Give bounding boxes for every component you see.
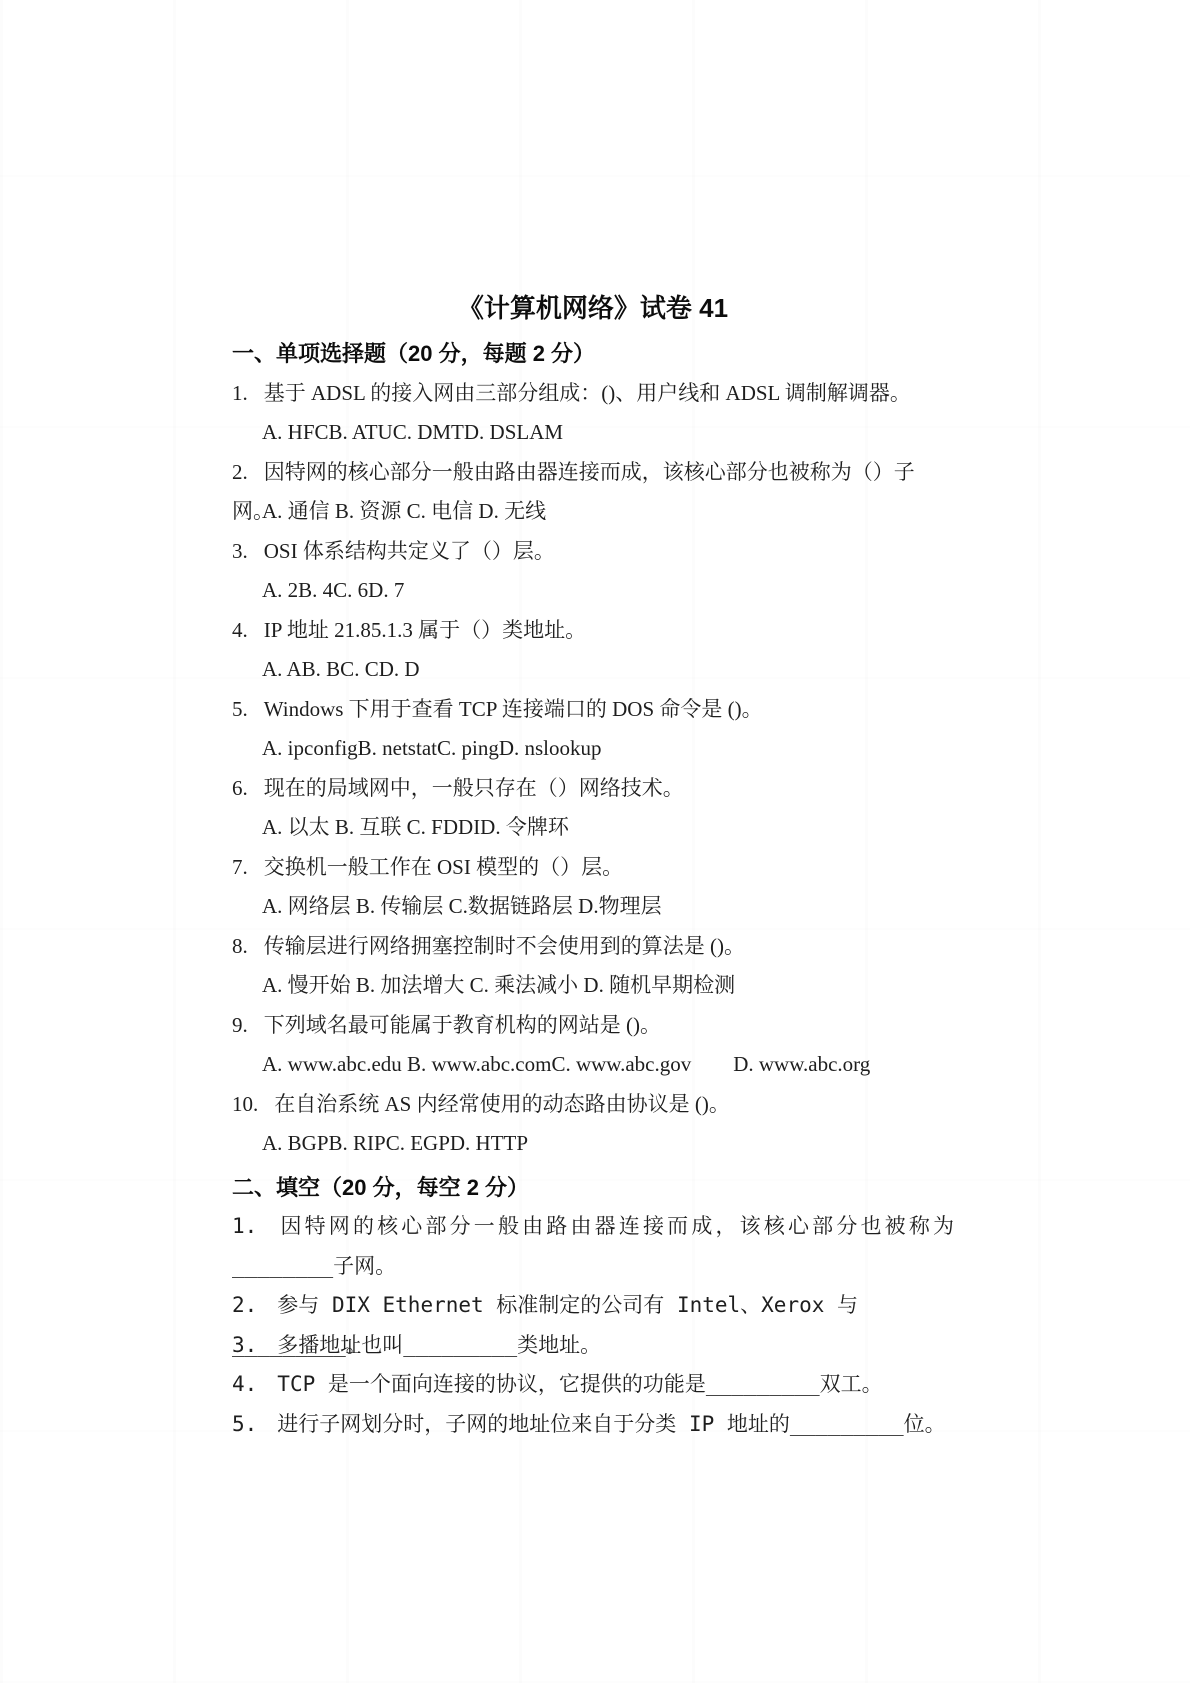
page-title: 《计算机网络》试卷 41 [232, 290, 954, 326]
question-number: 4. [232, 618, 248, 642]
question-stem: 交换机一般工作在 OSI 模型的（）层。 [264, 855, 623, 879]
question-options: A. 2B. 4C. 6D. 7 [232, 571, 954, 611]
question-options: A. ipconfigB. netstatC. pingD. nslookup [232, 729, 954, 769]
section-fill-heading: 二、填空（20 分，每空 2 分） [232, 1168, 954, 1208]
section-choice-heading: 一、单项选择题（20 分，每题 2 分） [232, 334, 954, 374]
question-row: 7.交换机一般工作在 OSI 模型的（）层。 [232, 848, 954, 888]
question-number: 1. [232, 381, 248, 405]
fill-item-row: 5.进行子网划分时，子网的地址位来自于分类 IP 地址的_________位。 [232, 1405, 954, 1445]
question-stem: 现在的局域网中，一般只存在（）网络技术。 [264, 776, 684, 800]
fill-blank-line: ________子网。 [232, 1247, 954, 1287]
question-row: 6.现在的局域网中，一般只存在（）网络技术。 [232, 769, 954, 809]
question-options: A. 以太 B. 互联 C. FDDID. 令牌环 [232, 808, 954, 848]
question-stem: 基于 ADSL 的接入网由三部分组成：()、用户线和 ADSL 调制解调器。 [264, 381, 911, 405]
question-row: 4.IP 地址 21.85.1.3 属于（）类地址。 [232, 611, 954, 651]
question-stem: 在自治系统 AS 内经常使用的动态路由协议是 ()。 [274, 1092, 730, 1116]
exam-page: 《计算机网络》试卷 41 一、单项选择题（20 分，每题 2 分） 1.基于 A… [0, 0, 1190, 1683]
fill-item-row: 4.TCP 是一个面向连接的协议，它提供的功能是_________双工。 [232, 1365, 954, 1405]
page-content: 《计算机网络》试卷 41 一、单项选择题（20 分，每题 2 分） 1.基于 A… [232, 0, 954, 1444]
fill-item-row: 2.参与 DIX Ethernet 标准制定的公司有 Intel、Xerox 与… [232, 1286, 954, 1326]
question-row: 8.传输层进行网络拥塞控制时不会使用到的算法是 ()。 [232, 927, 954, 967]
fill-item-text: TCP 是一个面向连接的协议，它提供的功能是_________双工。 [277, 1372, 882, 1396]
question-options: A. 慢开始 B. 加法增大 C. 乘法减小 D. 随机早期检测 [232, 966, 954, 1006]
fill-item-number: 1. [232, 1214, 257, 1238]
fill-item-number: 4. [232, 1372, 257, 1396]
question-number: 5. [232, 697, 248, 721]
question-row: 5.Windows 下用于查看 TCP 连接端口的 DOS 命令是 ()。 [232, 690, 954, 730]
question-number: 10. [232, 1092, 258, 1116]
question-number: 9. [232, 1013, 248, 1037]
fill-item-text: 因特网的核心部分一般由路由器连接而成，该核心部分也被称为 [277, 1214, 954, 1238]
fill-item-text: 进行子网划分时，子网的地址位来自于分类 IP 地址的_________位。 [277, 1412, 945, 1436]
question-number: 2. [232, 460, 248, 484]
question-row: 9.下列域名最可能属于教育机构的网站是 ()。 [232, 1006, 954, 1046]
fill-item-text: 多播地址也叫_________类地址。 [277, 1333, 601, 1357]
question-options: A. HFCB. ATUC. DMTD. DSLAM [232, 413, 954, 453]
fill-item-row: 3.多播地址也叫_________类地址。 [232, 1326, 954, 1366]
fill-item-row: 1.因特网的核心部分一般由路由器连接而成，该核心部分也被称为 [232, 1207, 954, 1247]
question-number: 8. [232, 934, 248, 958]
question-number: 6. [232, 776, 248, 800]
question-stem: 传输层进行网络拥塞控制时不会使用到的算法是 ()。 [264, 934, 745, 958]
fill-item-number: 2. [232, 1293, 257, 1317]
question-row: 10.在自治系统 AS 内经常使用的动态路由协议是 ()。 [232, 1085, 954, 1125]
question-row: 3.OSI 体系结构共定义了（）层。 [232, 532, 954, 572]
question-row: 2.因特网的核心部分一般由路由器连接而成，该核心部分也被称为（）子网。 [232, 453, 954, 493]
question-options: A. AB. BC. CD. D [232, 650, 954, 690]
fill-item-number: 3. [232, 1333, 257, 1357]
fill-item-number: 5. [232, 1412, 257, 1436]
question-stem: OSI 体系结构共定义了（）层。 [264, 539, 555, 563]
question-options: A. 网络层 B. 传输层 C.数据链路层 D.物理层 [232, 887, 954, 927]
question-stem: IP 地址 21.85.1.3 属于（）类地址。 [264, 618, 586, 642]
question-options: A. www.abc.edu B. www.abc.comC. www.abc.… [232, 1045, 954, 1085]
question-number: 3. [232, 539, 248, 563]
question-options: A. BGPB. RIPC. EGPD. HTTP [232, 1124, 954, 1164]
question-stem: 下列域名最可能属于教育机构的网站是 ()。 [264, 1013, 661, 1037]
question-stem: Windows 下用于查看 TCP 连接端口的 DOS 命令是 ()。 [264, 697, 763, 721]
question-row: 1.基于 ADSL 的接入网由三部分组成：()、用户线和 ADSL 调制解调器。 [232, 374, 954, 414]
question-number: 7. [232, 855, 248, 879]
question-options: A. 通信 B. 资源 C. 电信 D. 无线 [232, 492, 954, 532]
